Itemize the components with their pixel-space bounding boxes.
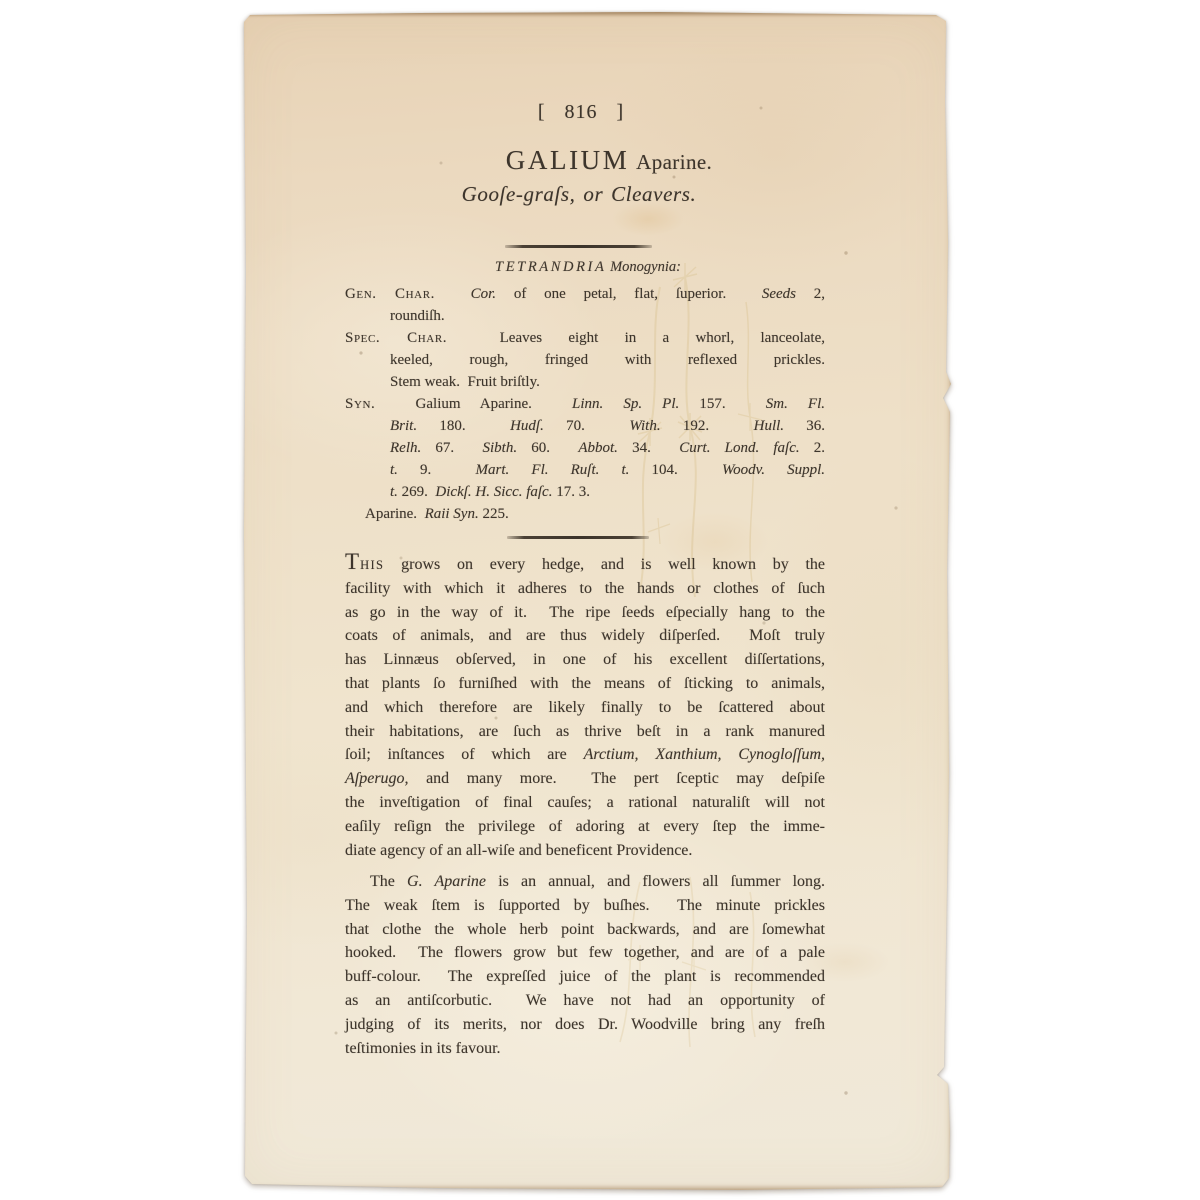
text-line: the inveſtigation of final cauſes; a rat… bbox=[345, 791, 825, 815]
text-run: buff-colour. The expreſſed juice of the … bbox=[345, 968, 825, 985]
text-run: 269. bbox=[398, 484, 436, 500]
text-run: With. bbox=[629, 418, 660, 434]
text-run: Gen. Char. bbox=[345, 286, 435, 302]
text-line: as go in the way of it. The ripe ſeeds e… bbox=[345, 601, 825, 625]
text-run: roundiſh. bbox=[390, 308, 445, 324]
text-line: Stem weak. Fruit briſtly. bbox=[390, 371, 825, 393]
text-run bbox=[435, 286, 471, 302]
text-line: roundiſh. bbox=[390, 305, 825, 327]
text-run: Linn. Sp. Pl. bbox=[572, 396, 679, 412]
text-line: The weak ſtem is ſupported by buſhes. Th… bbox=[345, 894, 825, 918]
entries-block: Gen. Char. Cor. of one petal, flat, ſupe… bbox=[345, 283, 825, 525]
paragraph-1: THIS grows on every hedge, and is well k… bbox=[345, 553, 825, 862]
text-run: Hull. bbox=[754, 418, 784, 434]
text-line: Relh. 67. Sibth. 60. Abbot. 34. Curt. Lo… bbox=[390, 437, 825, 459]
text-run: grows on every hedge, and is well known … bbox=[384, 556, 825, 573]
text-run: t. bbox=[390, 462, 398, 478]
text-run: Leaves eight in a whorl, lanceolate, bbox=[447, 330, 825, 346]
paragraph-2: The G. Aparine is an annual, and flowers… bbox=[345, 870, 825, 1060]
text-line: ſoil; inſtances of which are Arctium, Xa… bbox=[345, 743, 825, 767]
text-line: that plants ſo furniſhed with the means … bbox=[345, 672, 825, 696]
text-line: as an antiſcorbutic. We have not had an … bbox=[345, 989, 825, 1013]
text-run: G. Aparine bbox=[407, 873, 486, 890]
text-line: Aparine. Raii Syn. 225. bbox=[365, 503, 825, 525]
text-run: Woodv. Suppl. bbox=[722, 462, 825, 478]
text-run: The weak ſtem is ſupported by buſhes. Th… bbox=[345, 897, 825, 914]
text-run: Dickſ. H. Sicc. faſc. bbox=[435, 484, 552, 500]
text-run: 180. bbox=[417, 418, 510, 434]
text-line: has Linnæus obſerved, in one of his exce… bbox=[345, 648, 825, 672]
text-run: teſtimonies in its favour. bbox=[345, 1040, 501, 1057]
text-run: has Linnæus obſerved, in one of his exce… bbox=[345, 651, 825, 668]
text-line: Brit. 180. Hudſ. 70. With. 192. Hull. 36… bbox=[390, 415, 825, 437]
text-run: Abbot. bbox=[578, 440, 618, 456]
main-title: GALIUM Aparine. bbox=[369, 145, 849, 176]
text-run: coats of animals, and are thus widely di… bbox=[345, 627, 825, 644]
text-run: GALIUM bbox=[506, 145, 630, 175]
text-run: Aparine. bbox=[636, 150, 712, 174]
text-run: that plants ſo furniſhed with the means … bbox=[345, 675, 825, 692]
text-line: facility with which it adheres to the ha… bbox=[345, 577, 825, 601]
text-run: T bbox=[345, 549, 360, 574]
entry-spec-char: Spec. Char. Leaves eight in a whorl, lan… bbox=[345, 327, 825, 393]
text-run: that clothe the whole herb point backwar… bbox=[345, 921, 825, 938]
text-line: their habitations, are ſuch as thrive be… bbox=[345, 720, 825, 744]
text-run: Monogynia: bbox=[610, 259, 681, 275]
entry-gen-char: Gen. Char. Cor. of one petal, flat, ſupe… bbox=[345, 283, 825, 327]
text-run: 34. bbox=[618, 440, 679, 456]
text-line: diate agency of an all-wiſe and benefice… bbox=[345, 839, 825, 863]
text-run: 225. bbox=[479, 506, 509, 522]
text-run: Arctium, Xanthium, Cynogloſſum, bbox=[584, 746, 825, 763]
text-run: is an annual, and flowers all ſummer lon… bbox=[486, 873, 825, 890]
divider-rule-top bbox=[505, 245, 652, 248]
text-run: 67. bbox=[421, 440, 482, 456]
text-line: hooked. The flowers grow but few togethe… bbox=[345, 941, 825, 965]
text-line: teſtimonies in its favour. bbox=[345, 1037, 825, 1061]
text-run: 104. bbox=[629, 462, 722, 478]
text-run: 9. bbox=[398, 462, 476, 478]
text-run: Sm. Fl. bbox=[766, 396, 825, 412]
text-run: diate agency of an all-wiſe and benefice… bbox=[345, 842, 692, 859]
paper-sheet: [ 816 ] GALIUM Aparine. Gooſe-graſs, or … bbox=[240, 12, 952, 1190]
text-line: t. 9. Mart. Fl. Ruſt. t. 104. Woodv. Sup… bbox=[390, 459, 825, 481]
text-run: Relh. bbox=[390, 440, 421, 456]
text-run: as an antiſcorbutic. We have not had an … bbox=[345, 992, 825, 1009]
text-line: eaſily reſign the privilege of adoring a… bbox=[345, 815, 825, 839]
text-run: The bbox=[370, 873, 407, 890]
text-run: 70. bbox=[544, 418, 630, 434]
classification-line: TETRANDRIA Monogynia: bbox=[348, 259, 828, 276]
text-run: and which therefore are likely finally t… bbox=[345, 699, 825, 716]
subtitle: Gooſe-graſs, or Cleavers. bbox=[339, 182, 819, 207]
text-run: Brit. bbox=[390, 418, 417, 434]
text-run: facility with which it adheres to the ha… bbox=[345, 580, 825, 597]
entry-syn: Syn. Galium Aparine. Linn. Sp. Pl. 157. … bbox=[345, 393, 825, 525]
text-line: and which therefore are likely finally t… bbox=[345, 696, 825, 720]
text-run: TETRANDRIA bbox=[495, 259, 606, 275]
text-run: keeled, rough, fringed with reflexed pri… bbox=[390, 352, 825, 368]
text-line: Gen. Char. Cor. of one petal, flat, ſupe… bbox=[345, 283, 825, 305]
text-run: Aparine. bbox=[365, 506, 425, 522]
text-line: Spec. Char. Leaves eight in a whorl, lan… bbox=[345, 327, 825, 349]
text-run: ſoil; inſtances of which are bbox=[345, 746, 584, 763]
text-run: 17. 3. bbox=[552, 484, 590, 500]
divider-rule-bottom bbox=[507, 536, 649, 539]
page-number: [ 816 ] bbox=[341, 101, 821, 124]
text-run: of one petal, flat, ſuperior. bbox=[496, 286, 762, 302]
text-column: [ 816 ] GALIUM Aparine. Gooſe-graſs, or … bbox=[345, 12, 825, 1190]
text-run: t. bbox=[390, 484, 398, 500]
text-run: Raii Syn. bbox=[425, 506, 479, 522]
text-run: Stem weak. Fruit briſtly. bbox=[390, 374, 540, 390]
text-run: Hudſ. bbox=[510, 418, 544, 434]
text-run: Syn. bbox=[345, 396, 375, 412]
paper-sheet-shadow: [ 816 ] GALIUM Aparine. Gooſe-graſs, or … bbox=[240, 12, 952, 1190]
text-run: Aſperugo, bbox=[345, 770, 409, 787]
text-run: Curt. Lond. faſc. bbox=[679, 440, 799, 456]
text-run: 36. bbox=[784, 418, 825, 434]
text-line: The G. Aparine is an annual, and flowers… bbox=[370, 870, 825, 894]
text-run: Cor. bbox=[471, 286, 496, 302]
text-line: Aſperugo, and many more. The pert ſcepti… bbox=[345, 767, 825, 791]
text-run: Spec. Char. bbox=[345, 330, 447, 346]
text-run: hooked. The flowers grow but few togethe… bbox=[345, 944, 825, 961]
text-run: Mart. Fl. Ruſt. t. bbox=[476, 462, 630, 478]
text-line: judging of its merits, nor does Dr. Wood… bbox=[345, 1013, 825, 1037]
text-run: 2, bbox=[796, 286, 825, 302]
text-run: 157. bbox=[679, 396, 765, 412]
text-run: and many more. The pert ſceptic may deſp… bbox=[409, 770, 825, 787]
text-line: coats of animals, and are thus widely di… bbox=[345, 624, 825, 648]
text-line: Syn. Galium Aparine. Linn. Sp. Pl. 157. … bbox=[345, 393, 825, 415]
text-line: t. 269. Dickſ. H. Sicc. faſc. 17. 3. bbox=[390, 481, 825, 503]
text-run: judging of its merits, nor does Dr. Wood… bbox=[345, 1016, 825, 1033]
text-run: eaſily reſign the privilege of adoring a… bbox=[345, 818, 825, 835]
text-run: Sibth. bbox=[483, 440, 518, 456]
text-line: THIS grows on every hedge, and is well k… bbox=[345, 553, 825, 577]
text-line: that clothe the whole herb point backwar… bbox=[345, 918, 825, 942]
text-run: 60. bbox=[517, 440, 578, 456]
text-run: their habitations, are ſuch as thrive be… bbox=[345, 723, 825, 740]
text-run: Galium Aparine. bbox=[375, 396, 572, 412]
text-run: Seeds bbox=[762, 286, 796, 302]
text-run: as go in the way of it. The ripe ſeeds e… bbox=[345, 604, 825, 621]
text-run: the inveſtigation of final cauſes; a rat… bbox=[345, 794, 825, 811]
text-line: buff-colour. The expreſſed juice of the … bbox=[345, 965, 825, 989]
text-run: 192. bbox=[661, 418, 754, 434]
scan-background: [ 816 ] GALIUM Aparine. Gooſe-graſs, or … bbox=[0, 0, 1200, 1200]
text-line: keeled, rough, fringed with reflexed pri… bbox=[390, 349, 825, 371]
text-run: HIS bbox=[360, 558, 384, 572]
paper-specks bbox=[240, 12, 242, 14]
text-run: 2. bbox=[800, 440, 825, 456]
